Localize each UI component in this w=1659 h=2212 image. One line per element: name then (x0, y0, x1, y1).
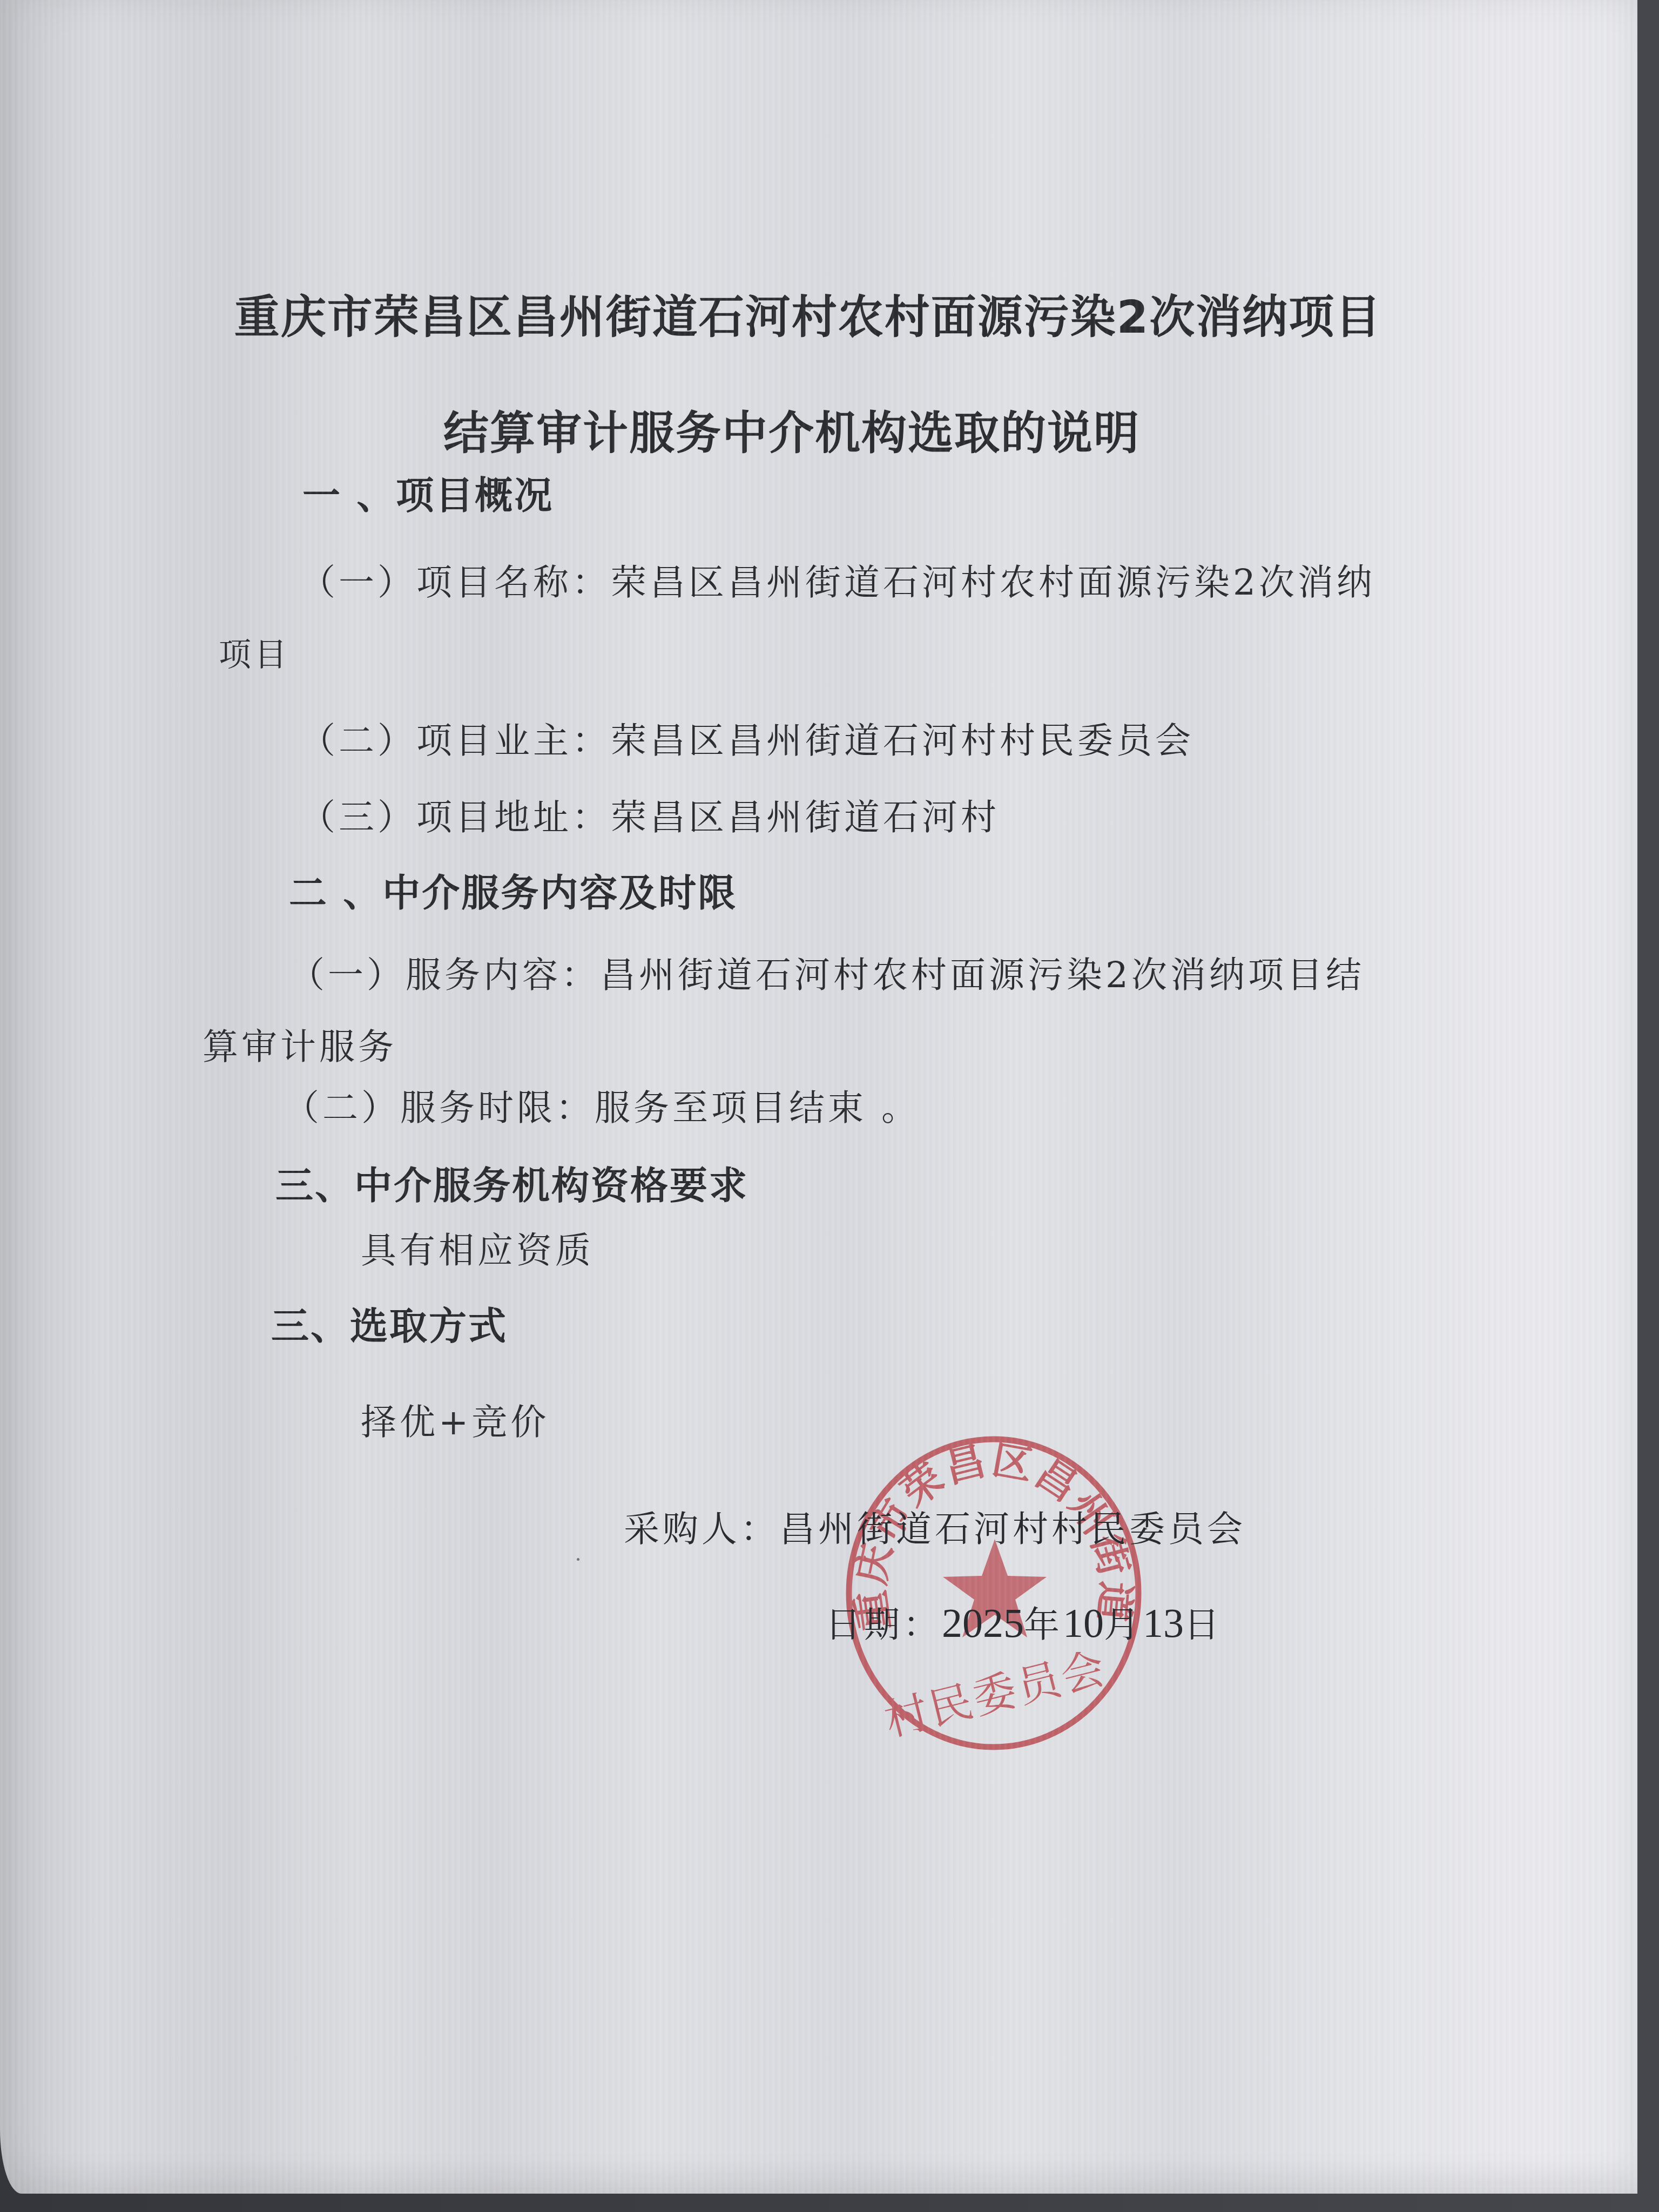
section-2-heading: 二 、中介服务内容及时限 (289, 863, 737, 918)
date-day: 13 (1143, 1601, 1184, 1646)
date-month: 10 (1063, 1601, 1104, 1646)
project-address-value: 荣昌区昌州街道石河村 (611, 797, 1000, 838)
service-content-value: 昌州街道石河村农村面源污染2次消纳项目结 (600, 954, 1365, 996)
purchaser-label: 采购人： (624, 1508, 779, 1550)
project-owner-label: （二）项目业主： (300, 720, 611, 761)
section-1-heading: 一 、项目概况 (302, 466, 554, 520)
date-label: 日期： (825, 1604, 942, 1645)
project-name-continuation: 项目 (219, 629, 290, 676)
section-4-heading: 三、选取方式 (271, 1296, 508, 1351)
date-line: 日期：2025年10月13日 (825, 1596, 1223, 1647)
service-content-line: （一）服务内容：昌州街道石河村农村面源污染2次消纳项目结 (289, 946, 1365, 997)
date-month-unit: 月 (1104, 1604, 1143, 1645)
project-owner-value: 荣昌区昌州街道石河村村民委员会 (611, 720, 1194, 761)
document-page: 重庆市荣昌区昌州街道石河村农村面源污染2次消纳项目 结算审计服务中介机构选取的说… (0, 0, 1637, 2194)
service-content-label: （一）服务内容： (289, 954, 600, 996)
ink-speck (577, 1558, 579, 1561)
service-period-label: （二）服务时限： (284, 1087, 595, 1129)
selection-method: 择优+竞价 (361, 1393, 549, 1445)
project-name-value: 荣昌区昌州街道石河村农村面源污染2次消纳 (611, 562, 1375, 603)
project-address-line: （三）项目地址：荣昌区昌州街道石河村 (300, 788, 1000, 840)
official-seal: 重庆市荣昌区昌州街道石河村 村民委员会 (842, 1431, 1145, 1755)
seal-inner-text: 村民委员会 (880, 1642, 1112, 1746)
project-owner-line: （二）项目业主：荣昌区昌州街道石河村村民委员会 (300, 712, 1194, 763)
date-year: 2025 (942, 1601, 1024, 1646)
date-day-unit: 日 (1184, 1604, 1223, 1645)
purchaser-value: 昌州街道石河村村民委员会 (779, 1508, 1246, 1550)
project-name-label: （一）项目名称： (300, 562, 611, 603)
service-period-value: 服务至项目结束 。 (595, 1087, 920, 1129)
document-title-line-1: 重庆市荣昌区昌州街道石河村农村面源污染2次消纳项目 (0, 281, 1627, 346)
service-content-continuation: 算审计服务 (203, 1018, 397, 1069)
document-title-line-2: 结算审计服务中介机构选取的说明 (0, 397, 1610, 462)
purchaser-line: 采购人：昌州街道石河村村民委员会 (624, 1500, 1246, 1552)
seal-ring (849, 1439, 1138, 1747)
service-period-line: （二）服务时限：服务至项目结束 。 (284, 1079, 920, 1130)
project-name-line: （一）项目名称：荣昌区昌州街道石河村农村面源污染2次消纳 (300, 554, 1375, 605)
section-3-heading: 三、中介服务机构资格要求 (275, 1156, 748, 1210)
qualification-requirement: 具有相应资质 (361, 1222, 594, 1273)
date-year-unit: 年 (1024, 1604, 1063, 1645)
seal-graphic: 重庆市荣昌区昌州街道石河村 村民委员会 (842, 1431, 1145, 1755)
project-address-label: （三）项目地址： (300, 797, 611, 838)
